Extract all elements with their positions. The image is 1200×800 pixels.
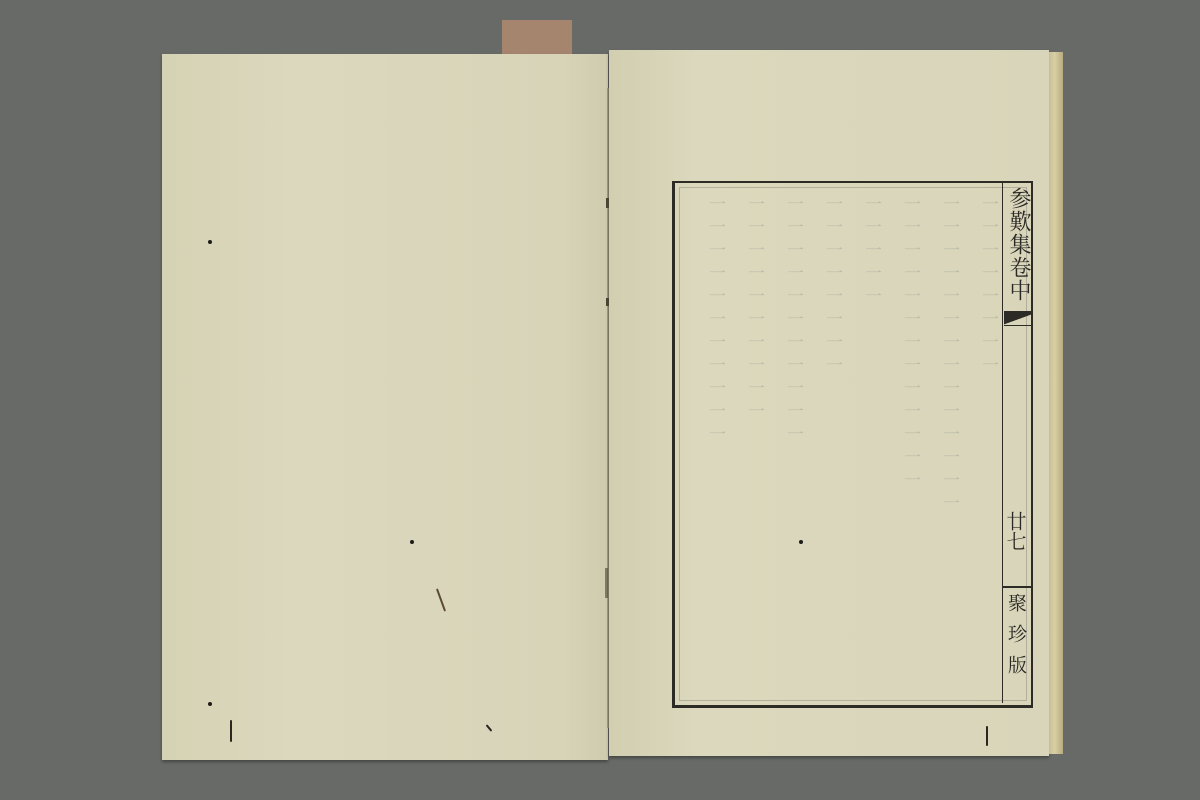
divider-rule: [1003, 586, 1033, 588]
page-number: 廿七: [1006, 511, 1030, 551]
book-title: 参歎集卷中: [1004, 187, 1032, 302]
left-page-blank: [162, 54, 608, 760]
text-column: 一一一一一一一一: [820, 195, 845, 675]
text-column: 一一一一一一一一一一一一一一: [937, 195, 962, 675]
binding-stitch: [606, 198, 609, 208]
publisher-mark: 聚珍版: [1006, 593, 1030, 686]
wear-mark: [986, 726, 988, 746]
binding-stitch: [606, 298, 609, 306]
binding-stitch: [605, 568, 608, 598]
ink-spot: [208, 702, 212, 706]
ink-spot: [208, 240, 212, 244]
page-edge-stack: [1049, 52, 1063, 754]
ink-spot: [410, 540, 414, 544]
fore-edge-margin: 参歎集卷中 廿七 聚珍版: [1002, 181, 1033, 703]
show-through-text: 一一一一一一一一 一一一一一一一一一一一一一一 一一一一一一一一一一一一一 一一…: [695, 195, 1001, 675]
fishtail-mark: [1004, 311, 1032, 326]
text-column: 一一一一一一一一一一一: [781, 195, 806, 675]
printed-border-frame: 一一一一一一一一 一一一一一一一一一一一一一一 一一一一一一一一一一一一一 一一…: [672, 181, 1033, 708]
text-column: 一一一一一一一一一一一一一: [898, 195, 923, 675]
wear-mark: [230, 720, 232, 742]
text-column: 一一一一一: [859, 195, 884, 675]
text-column: 一一一一一一一一一一: [742, 195, 767, 675]
text-column: 一一一一一一一一: [976, 195, 1001, 675]
spine-fold: [607, 88, 609, 728]
book-spread: 一一一一一一一一 一一一一一一一一一一一一一一 一一一一一一一一一一一一一 一一…: [162, 48, 1062, 758]
text-column: 一一一一一一一一一一一: [703, 195, 728, 675]
